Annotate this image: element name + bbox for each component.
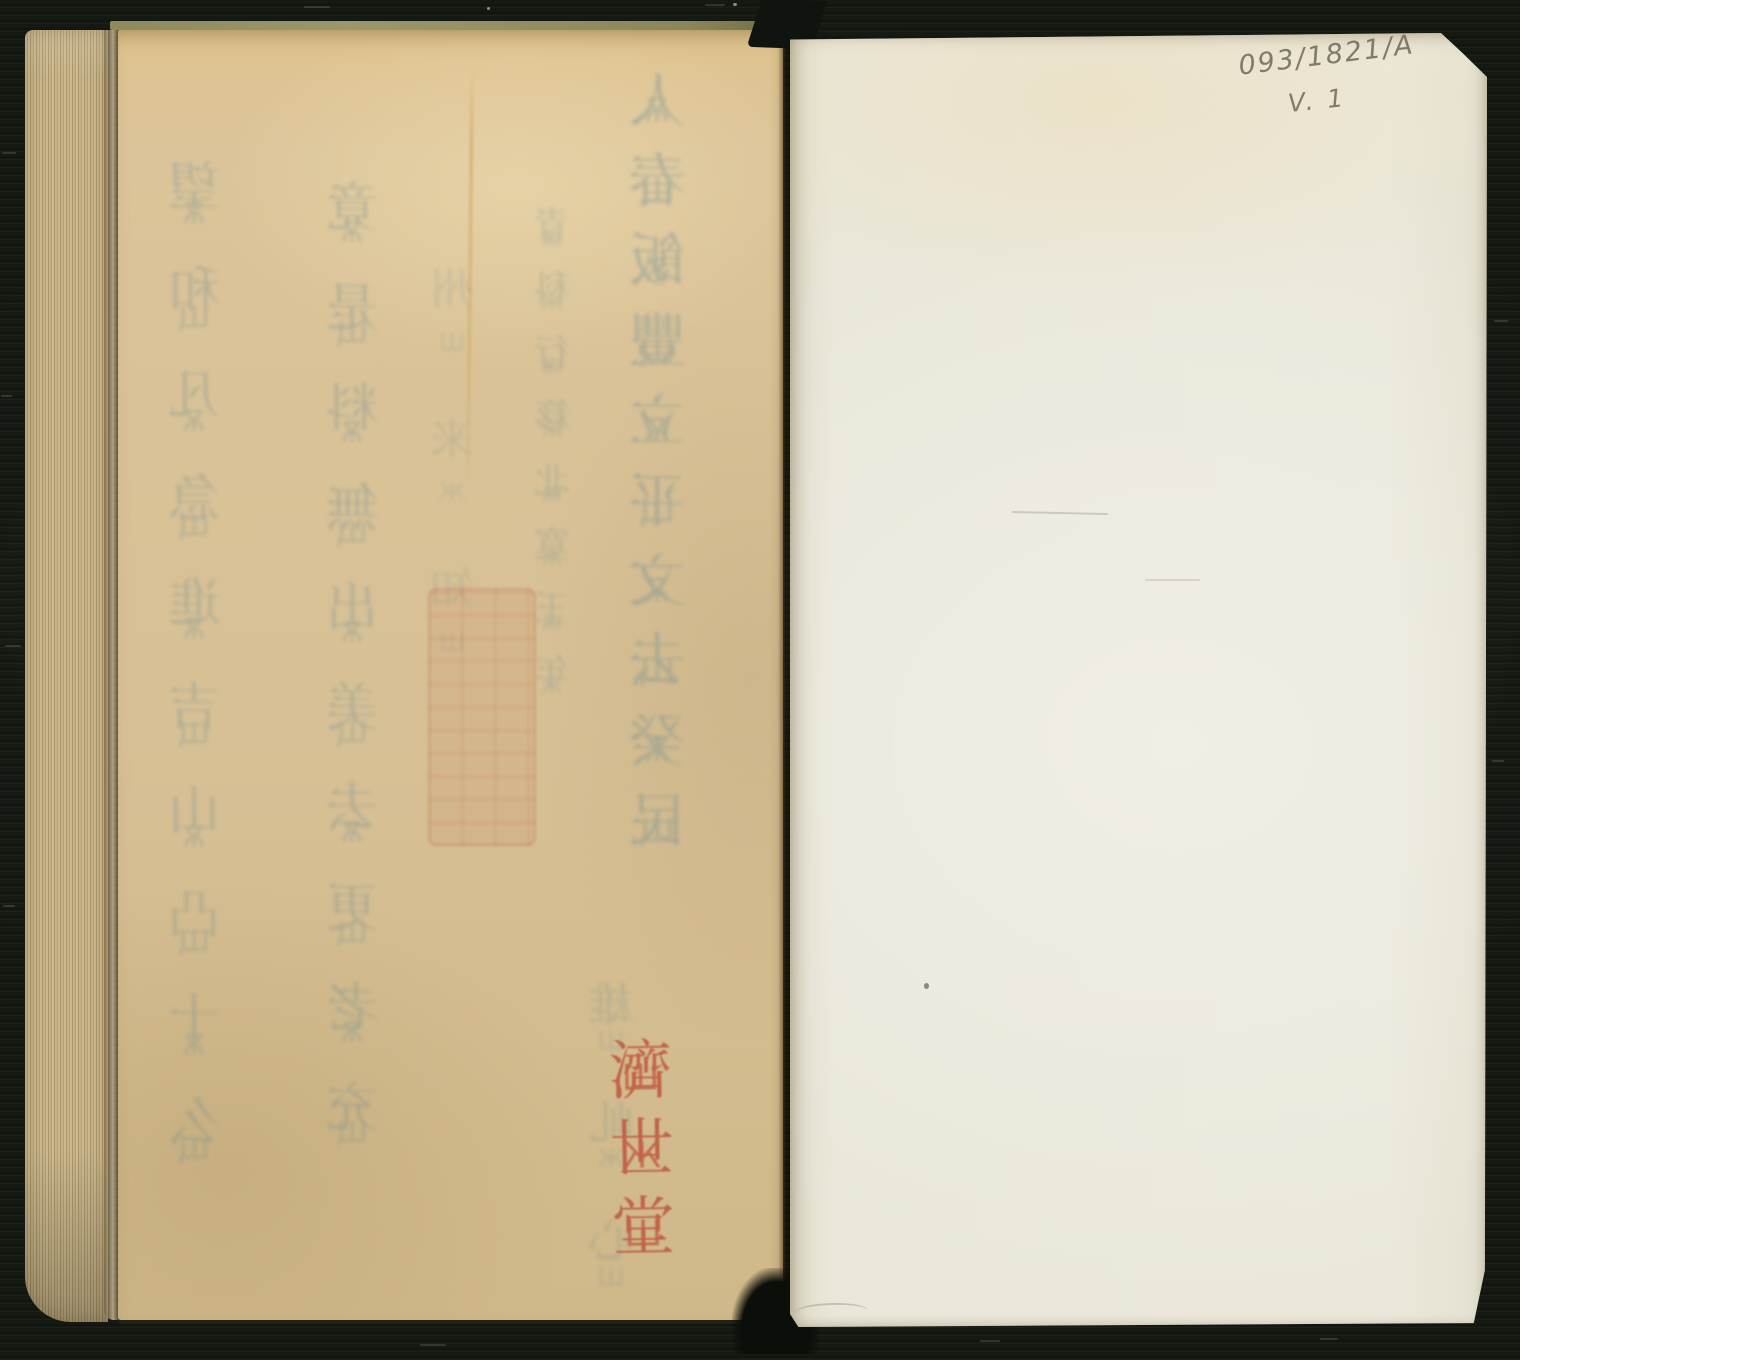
dark-cloth-background: 人Ѫ春Щ飯Ѫ豐Щ立Ѫ平Щ文Ѫ去Щ癸Ѫ民Щ青Ѭ科Ӝ行Ѭ簃Ӝ北Ѭ寞Ӝ王Ѭ年Ӝ竟Ѫ是Щ… [0,0,1520,1360]
character-cell: 簃Ӝ [534,400,570,464]
character-cell: 豐Щ [628,312,686,392]
character-cell: 望Ѫ [168,162,220,266]
character-cell: 是Щ [326,283,378,383]
cloth-scratch [304,6,330,8]
scan-white-margin [1520,0,1760,1360]
scanned-book-photo: 人Ѫ春Щ飯Ѫ豐Щ立Ѫ平Щ文Ѫ去Щ癸Ѫ民Щ青Ѭ科Ӝ行Ѭ簃Ӝ北Ѭ寞Ӝ王Ѭ年Ӝ竟Ѫ是Щ… [0,0,1760,1360]
gutter-shadow [778,28,792,1328]
character-cell: 更Щ [326,883,378,983]
character-cell: 凸Щ [168,890,220,994]
ghost-text-column: 人Ѫ春Щ飯Ѫ豐Щ立Ѫ平Щ文Ѫ去Щ癸Ѫ民Щ [628,72,686,872]
cloth-scratch [5,645,21,647]
dust-speck [487,7,490,10]
ghost-text-column: 青Ѭ科Ӝ行Ѭ簃Ӝ北Ѭ寞Ӝ王Ѭ年Ӝ [534,208,570,720]
character-cell: 堂Ш [611,1195,676,1274]
character-cell: 出Ѫ [326,583,378,683]
paper-speck [924,983,929,989]
cloth-scratch [1,395,12,397]
ghost-text-column: 望Ѫ和Щ凡Ѫ急Щ進Ѫ吉Щ山Ѫ凸Щ十Ѫ么Щ [168,162,220,1202]
character-cell: 山Ѫ [168,786,220,890]
character-cell: 料Ѫ [326,383,378,483]
character-cell: 立Ѫ [628,392,686,472]
character-cell: 老Ѫ [326,983,378,1083]
character-cell: 急Щ [168,474,220,578]
right-page [790,33,1487,1327]
character-cell: 民Щ [628,792,686,872]
character-cell: 科Ӝ [534,272,570,336]
character-cell: 青Ѭ [534,208,570,272]
character-cell: 州Ш [430,268,474,418]
character-cell: 無Щ [326,483,378,583]
character-cell: 寞Ӝ [534,528,570,592]
cloth-scratch [980,1340,1000,1342]
character-cell: 去Ѫ [326,783,378,883]
character-cell: 十Ѫ [168,994,220,1098]
ghost-text-column: 竟Ѫ是Щ料Ѫ無Щ出Ѫ美Щ去Ѫ更Щ老Ѫ充Щ [326,183,378,1183]
cloth-scratch [420,1344,446,1346]
character-cell: 美Щ [326,683,378,783]
character-cell: 春Щ [628,152,686,232]
page-stack-top-edge [110,21,788,30]
character-cell: 去Щ [628,632,686,712]
page-stack-fore-edge [25,30,108,1322]
character-cell: 王Ѭ [534,592,570,656]
red-mark-column: 濟Ш世Ж堂Ш [608,1039,676,1274]
character-cell: 充Щ [326,1083,378,1183]
character-cell: 行Ѭ [534,336,570,400]
cloth-scratch [1494,320,1508,322]
paper-fibre-line [1145,579,1200,581]
character-cell: 飯Ѫ [628,232,686,312]
call-number-line2: V. 1 [1287,83,1348,118]
character-cell: 文Ѫ [628,552,686,632]
character-cell: 年Ӝ [534,656,570,720]
character-cell: 吉Щ [168,682,220,786]
character-cell: 人Ѫ [628,72,686,152]
character-cell: 濟Ш [608,1039,673,1118]
character-cell: 進Ѫ [168,578,220,682]
cloth-scratch [1492,760,1504,762]
cloth-scratch [2,152,16,154]
character-cell: 来Ж [430,418,474,568]
character-cell: 么Щ [168,1098,220,1202]
character-cell: 世Ж [609,1117,674,1196]
cloth-scratch [705,4,725,6]
character-cell: 和Щ [168,266,220,370]
red-seal-impression [428,588,536,846]
character-cell: 平Щ [628,472,686,552]
cloth-scratch [3,905,15,907]
dust-speck [733,3,737,6]
character-cell: 凡Ѫ [168,370,220,474]
character-cell: 癸Ѫ [628,712,686,792]
character-cell: 竟Ѫ [326,183,378,283]
character-cell: 北Ѭ [534,464,570,528]
cloth-scratch [1320,1338,1338,1340]
